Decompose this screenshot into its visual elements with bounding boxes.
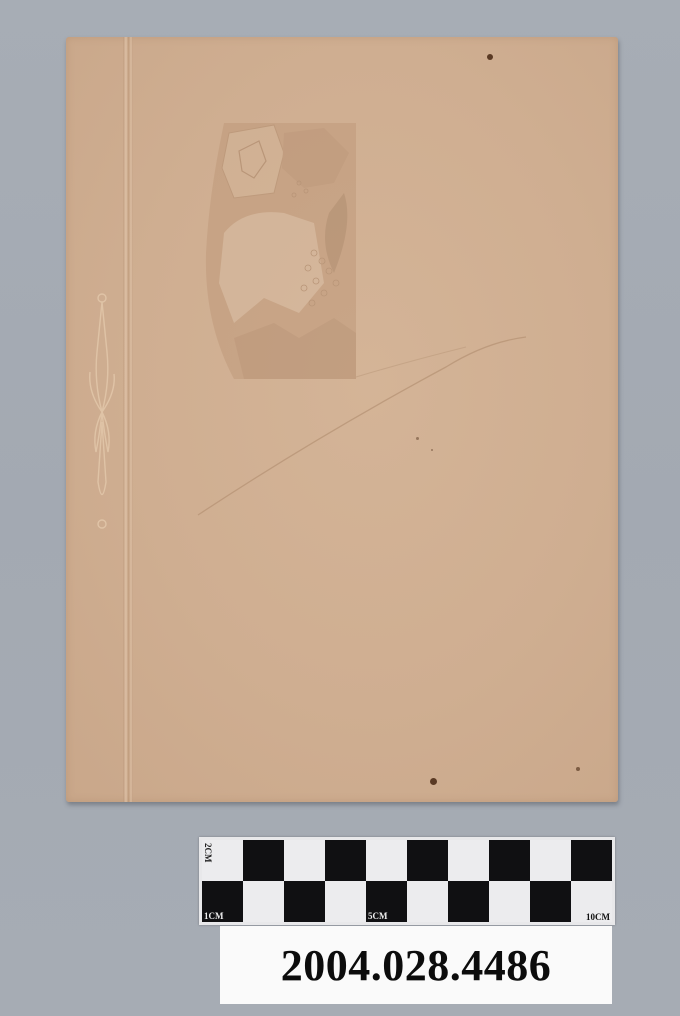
- scale-label-1cm: 1CM: [204, 911, 224, 921]
- scale-label-2cm: 2CM: [203, 843, 213, 863]
- scale-checkerboard: [202, 840, 612, 922]
- scale-label-5cm: 5CM: [368, 911, 388, 921]
- color-scale-bar: 2CM 1CM 5CM 10CM: [199, 837, 615, 925]
- scale-label-10cm: 10CM: [586, 912, 610, 922]
- stain-spot: [576, 767, 580, 771]
- accession-number-card: 2004.028.4486: [220, 926, 612, 1004]
- book-cover: [66, 37, 618, 802]
- spine-ornament-icon: [86, 292, 118, 532]
- embossed-floral-vignette-icon: [204, 123, 356, 379]
- stain-spot: [416, 437, 419, 440]
- stain-spot: [487, 54, 493, 60]
- stain-spot: [430, 778, 437, 785]
- accession-number: 2004.028.4486: [281, 940, 552, 991]
- spine-groove: [123, 37, 133, 802]
- stain-spot: [431, 449, 433, 451]
